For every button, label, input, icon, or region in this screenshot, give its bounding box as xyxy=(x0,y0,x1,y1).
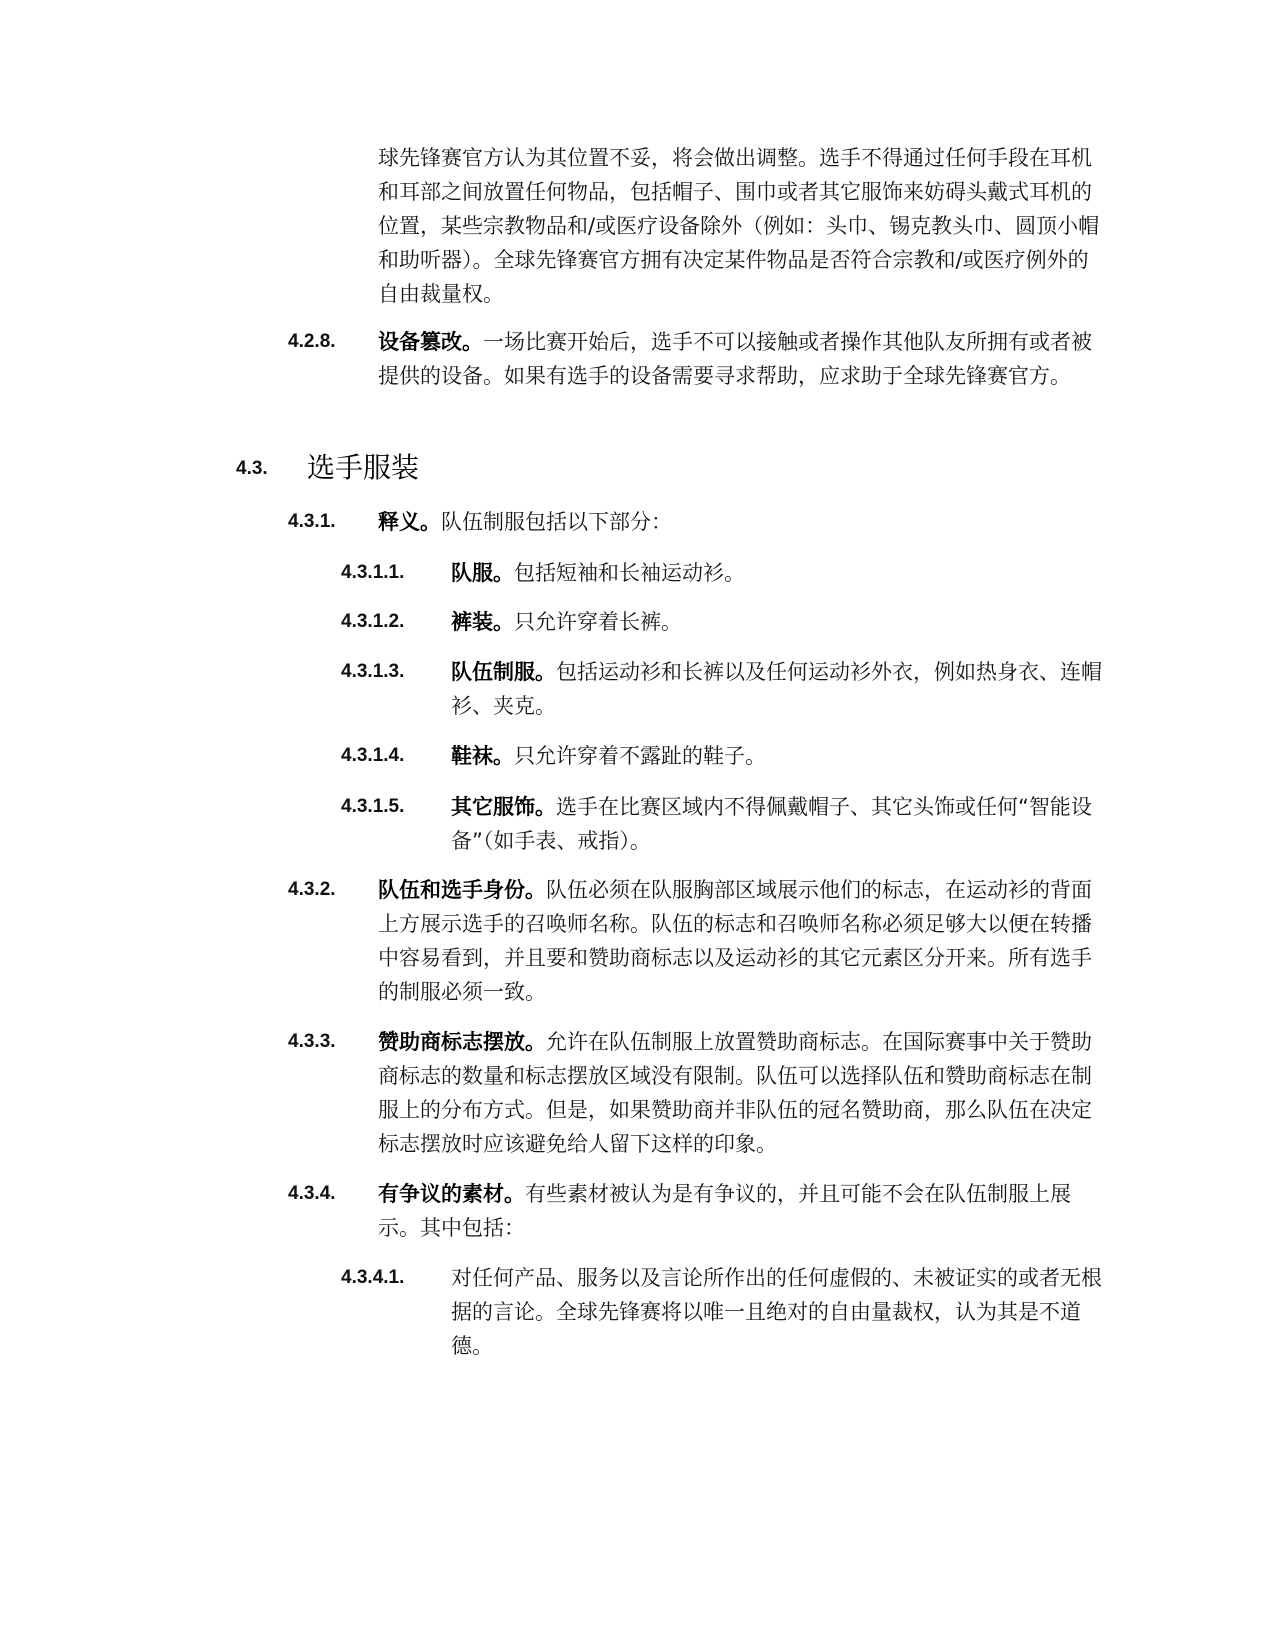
subclause-text: 对任何产品、服务以及言论所作出的任何虚假的、未被证实的或者无根据的言论。全球先锋… xyxy=(451,1266,1102,1358)
clause-term: 设备篡改。 xyxy=(378,330,483,354)
document-page: 球先锋赛官方认为其位置不妥，将会做出调整。选手不得通过任何手段在耳机和耳部之间放… xyxy=(0,0,1275,1650)
clause-term: 赞助商标志摆放。 xyxy=(378,1030,546,1054)
clause-text: 队伍制服包括以下部分： xyxy=(441,510,672,534)
continuation-paragraph: 球先锋赛官方认为其位置不妥，将会做出调整。选手不得通过任何手段在耳机和耳部之间放… xyxy=(378,141,1108,311)
clause-term: 释义。 xyxy=(378,510,441,534)
subclause-4-3-1-5: 其它服饰。选手在比赛区域内不得佩戴帽子、其它头饰或任何“智能设备”（如手表、戒指… xyxy=(451,790,1108,858)
subclause-4-3-1-3: 队伍制服。包括运动衫和长裤以及任何运动衫外衣，例如热身衣、连帽衫、夹克。 xyxy=(451,655,1108,723)
clause-text: 一场比赛开始后，选手不可以接触或者操作其他队友所拥有或者被提供的设备。如果有选手… xyxy=(378,330,1092,388)
clause-term: 有争议的素材。 xyxy=(378,1182,525,1206)
subclause-term: 其它服饰。 xyxy=(451,795,556,819)
clause-4-2-8: 设备篡改。一场比赛开始后，选手不可以接触或者操作其他队友所拥有或者被提供的设备。… xyxy=(378,325,1108,393)
subclause-term: 队伍制服。 xyxy=(451,660,556,684)
subclause-text: 只允许穿着长裤。 xyxy=(514,610,682,634)
subclause-number: 4.3.1.5. xyxy=(341,790,404,824)
section-title: 选手服装 xyxy=(307,446,419,486)
clause-4-3-4: 有争议的素材。有些素材被认为是有争议的，并且可能不会在队伍制服上展示。其中包括： xyxy=(378,1177,1108,1245)
subclause-text: 只允许穿着不露趾的鞋子。 xyxy=(514,744,766,768)
subclause-number: 4.3.1.2. xyxy=(341,605,404,639)
clause-number: 4.3.2. xyxy=(288,873,336,907)
subclause-4-3-4-1: 对任何产品、服务以及言论所作出的任何虚假的、未被证实的或者无根据的言论。全球先锋… xyxy=(451,1261,1108,1363)
subclause-number: 4.3.1.3. xyxy=(341,655,404,689)
subclause-4-3-1-2: 裤装。只允许穿着长裤。 xyxy=(451,605,1108,639)
subclause-text: 包括短袖和长袖运动衫。 xyxy=(514,561,745,585)
subclause-term: 裤装。 xyxy=(451,610,514,634)
clause-term: 队伍和选手身份。 xyxy=(378,878,546,902)
subclause-number: 4.3.4.1. xyxy=(341,1261,404,1295)
clause-number: 4.3.4. xyxy=(288,1177,336,1211)
clause-number: 4.2.8. xyxy=(288,325,336,359)
subclause-number: 4.3.1.1. xyxy=(341,556,404,590)
clause-4-3-3: 赞助商标志摆放。允许在队伍制服上放置赞助商标志。在国际赛事中关于赞助商标志的数量… xyxy=(378,1025,1108,1161)
subclause-term: 队服。 xyxy=(451,561,514,585)
paragraph-text: 球先锋赛官方认为其位置不妥，将会做出调整。选手不得通过任何手段在耳机和耳部之间放… xyxy=(378,146,1099,306)
clause-number: 4.3.1. xyxy=(288,505,336,539)
clause-4-3-1: 释义。队伍制服包括以下部分： xyxy=(378,505,1108,539)
section-number: 4.3. xyxy=(236,458,268,480)
clause-4-3-2: 队伍和选手身份。队伍必须在队服胸部区域展示他们的标志，在运动衫的背面上方展示选手… xyxy=(378,873,1108,1009)
subclause-4-3-1-1: 队服。包括短袖和长袖运动衫。 xyxy=(451,556,1108,590)
subclause-term: 鞋袜。 xyxy=(451,744,514,768)
subclause-number: 4.3.1.4. xyxy=(341,739,404,773)
clause-number: 4.3.3. xyxy=(288,1025,336,1059)
subclause-4-3-1-4: 鞋袜。只允许穿着不露趾的鞋子。 xyxy=(451,739,1108,773)
